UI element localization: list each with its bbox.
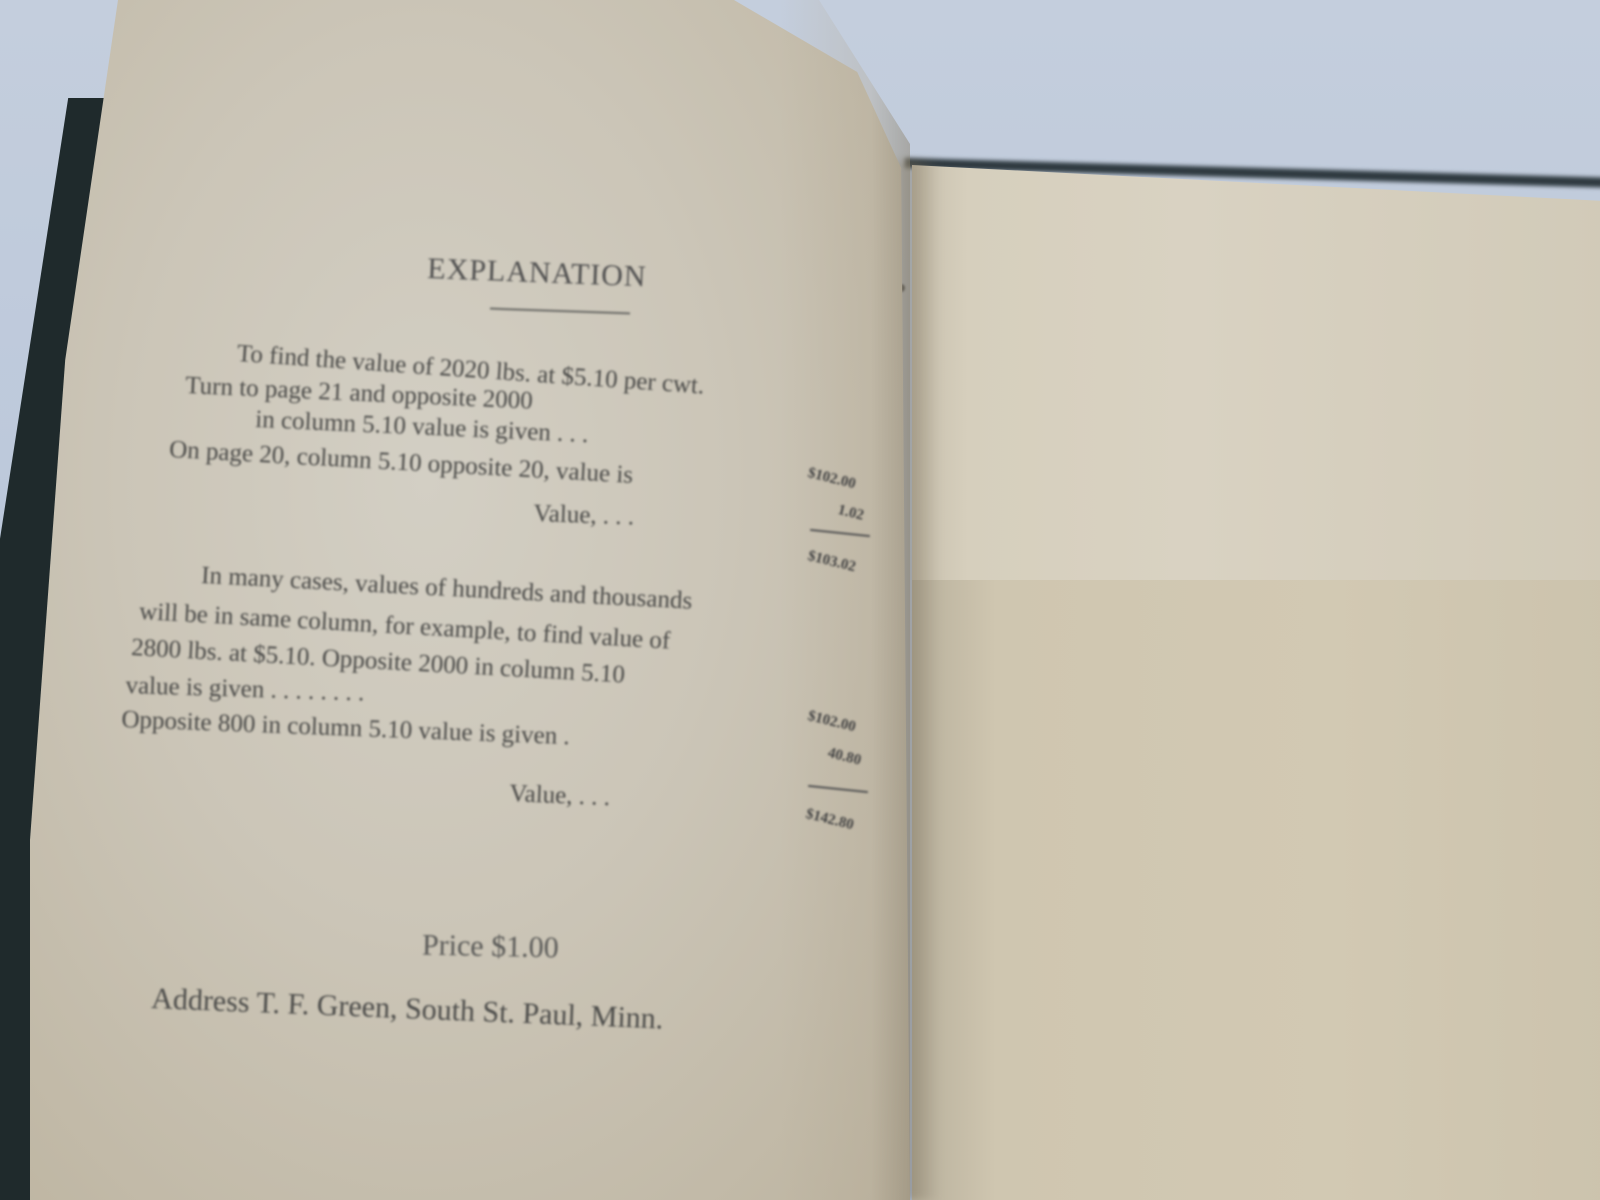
page-curl-shadow <box>780 0 910 1200</box>
right-page-shadow-region <box>912 580 1600 1200</box>
price-line: Price $1.00 <box>422 929 559 966</box>
example1-total-label: Value, . . . <box>533 500 635 531</box>
example2-total-label: Value, . . . <box>509 780 611 812</box>
